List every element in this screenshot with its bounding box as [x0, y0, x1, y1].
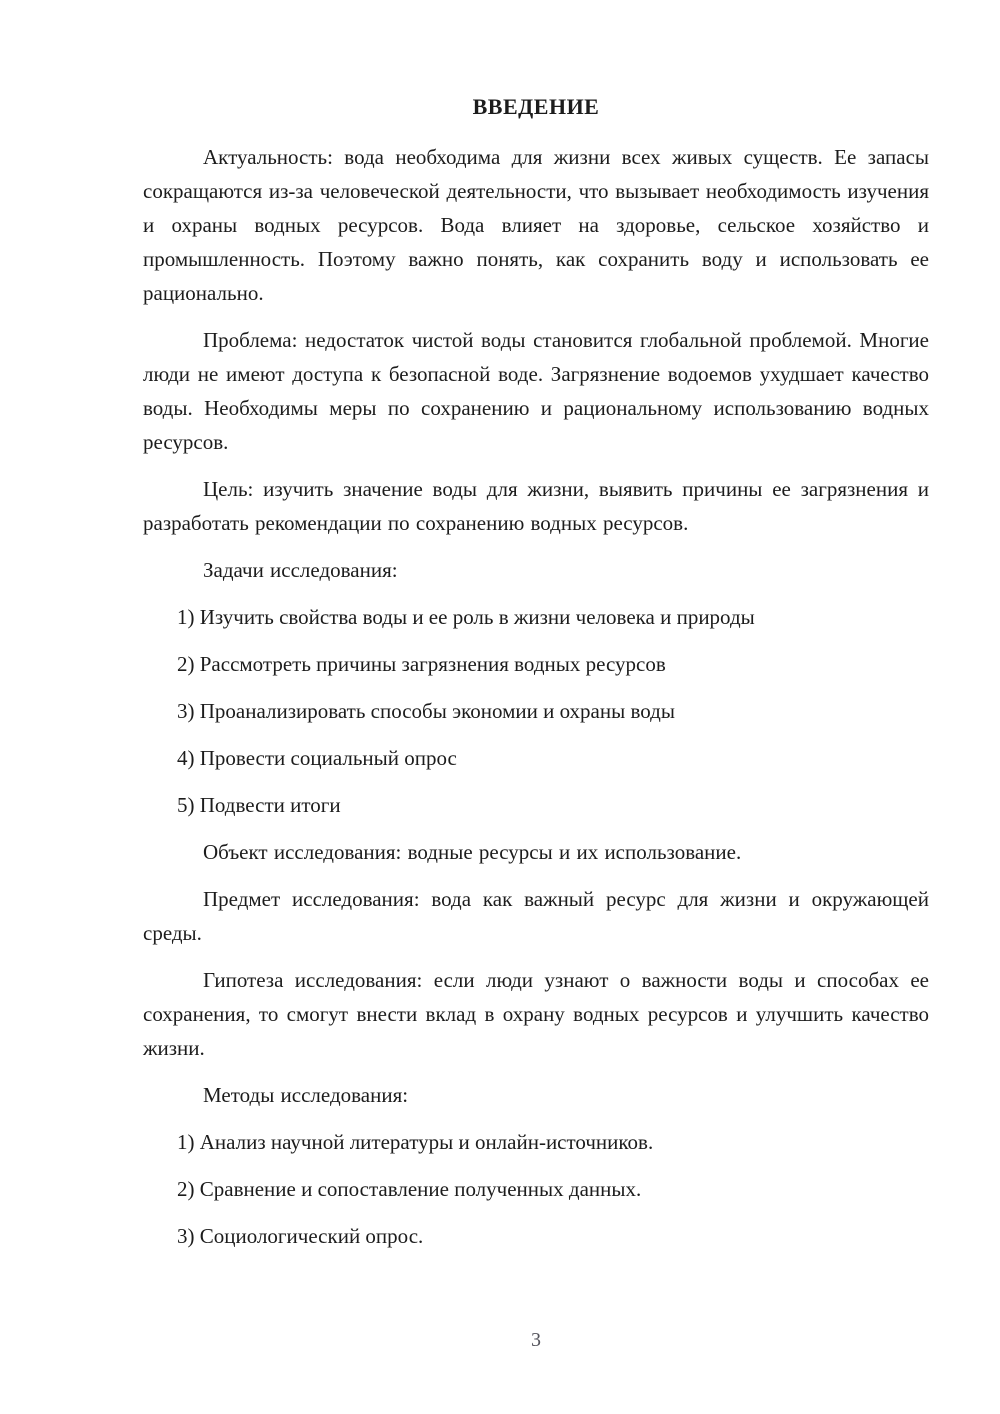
methods-list: 1) Анализ научной литературы и онлайн-ис…: [177, 1125, 929, 1253]
paragraph-obekt: Объект исследования: водные ресурсы и их…: [143, 835, 929, 869]
paragraph-problema: Проблема: недостаток чистой воды станови…: [143, 323, 929, 459]
list-item: 4) Провести социальный опрос: [177, 741, 929, 775]
tasks-list: 1) Изучить свойства воды и ее роль в жиз…: [177, 600, 929, 822]
paragraph-gipoteza: Гипотеза исследования: если люди узнают …: [143, 963, 929, 1065]
paragraph-tsel: Цель: изучить значение воды для жизни, в…: [143, 472, 929, 540]
paragraph-predmet: Предмет исследования: вода как важный ре…: [143, 882, 929, 950]
document-body: ВВЕДЕНИЕ Актуальность: вода необходима д…: [143, 94, 929, 1266]
page-title: ВВЕДЕНИЕ: [143, 94, 929, 120]
list-item: 2) Сравнение и сопоставление полученных …: [177, 1172, 929, 1206]
page-number: 3: [143, 1326, 929, 1354]
list-item: 3) Социологический опрос.: [177, 1219, 929, 1253]
tasks-heading: Задачи исследования:: [143, 553, 929, 587]
document-page: ВВЕДЕНИЕ Актуальность: вода необходима д…: [0, 0, 1000, 1414]
methods-heading: Методы исследования:: [143, 1078, 929, 1112]
list-item: 1) Изучить свойства воды и ее роль в жиз…: [177, 600, 929, 634]
list-item: 2) Рассмотреть причины загрязнения водны…: [177, 647, 929, 681]
paragraph-aktualnost: Актуальность: вода необходима для жизни …: [143, 140, 929, 310]
list-item: 1) Анализ научной литературы и онлайн-ис…: [177, 1125, 929, 1159]
list-item: 5) Подвести итоги: [177, 788, 929, 822]
list-item: 3) Проанализировать способы экономии и о…: [177, 694, 929, 728]
